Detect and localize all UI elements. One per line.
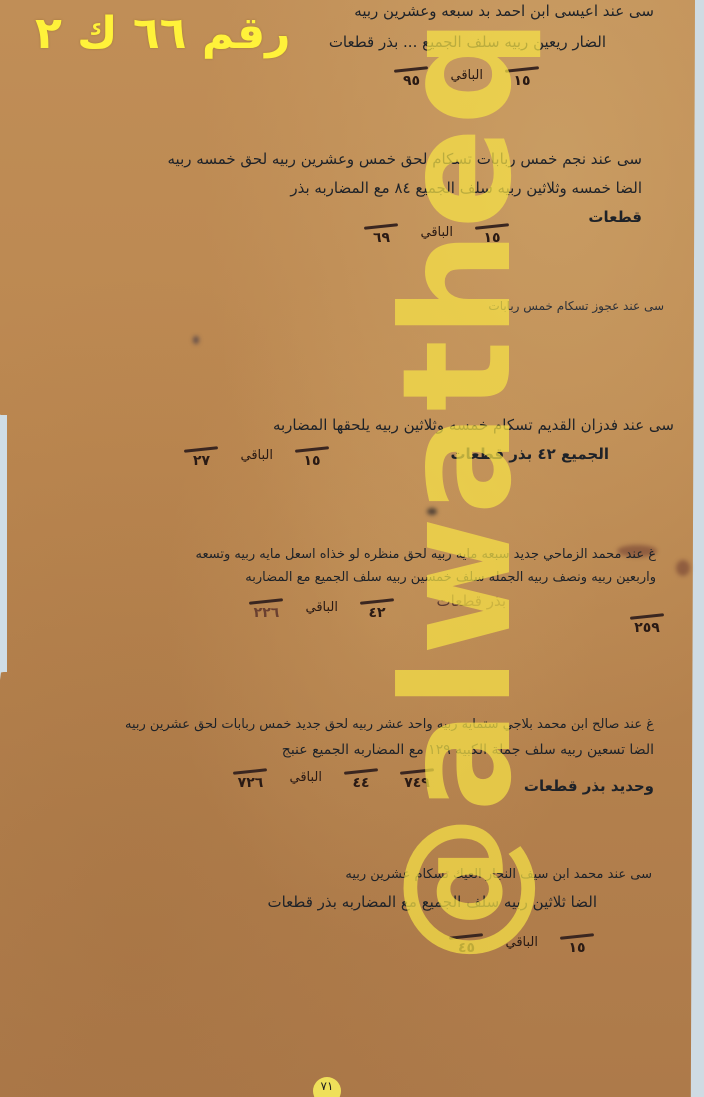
amount-bar (560, 933, 594, 940)
watermark-text: @alwatheq (371, 16, 545, 964)
amount: ٢٢٦ (249, 600, 283, 621)
amount-bar (233, 768, 267, 775)
ink-stain (193, 336, 199, 344)
amount-label: الباقي (289, 770, 322, 791)
page-number-badge: ٧١ (313, 1077, 341, 1097)
amount-bar (249, 598, 283, 605)
amount-value: ٤٤ (352, 775, 369, 791)
entry-amounts: ٢٥٩ (630, 615, 664, 636)
amount: ٧٢٦ (233, 770, 267, 791)
amount-value: ١٥ (568, 940, 585, 956)
ink-stain (676, 560, 690, 576)
amount-value: ١٥ (303, 453, 320, 469)
amount-bar (630, 613, 664, 620)
amount: ٢٧ (184, 448, 218, 469)
amount-label: الباقي (240, 448, 273, 469)
amount-value: ٢٧ (193, 453, 210, 469)
amount: ١٥ (295, 448, 329, 469)
amount: ١٥ (560, 935, 594, 956)
amount: ٢٥٩ (630, 615, 664, 636)
amount-value: ٧٢٦ (238, 775, 264, 791)
amount-bar (295, 446, 329, 453)
paper-torn-edge (0, 415, 7, 672)
amount-label: الباقي (305, 600, 338, 621)
amount-value: ٢٥٩ (634, 620, 660, 636)
amount-value: ٢٢٦ (254, 605, 280, 621)
entry-amounts: ١٥ الباقي ٢٧ (184, 448, 329, 469)
document-reference-label: رقم ٦٦ ك ٢ (35, 8, 291, 59)
amount-bar (184, 446, 218, 453)
